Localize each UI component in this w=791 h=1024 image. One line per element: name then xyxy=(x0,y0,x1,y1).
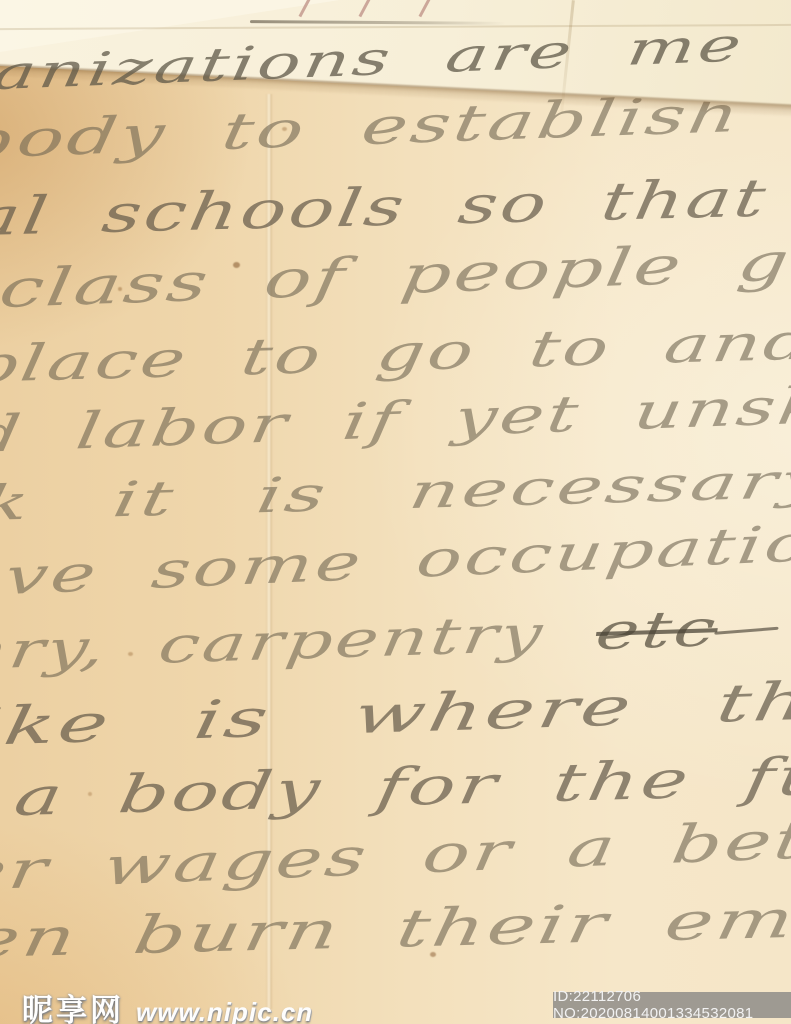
tally-stroke xyxy=(419,0,433,17)
tally-stroke xyxy=(299,0,313,17)
scanned-letter-photo: body to establish al schools so that cla… xyxy=(0,0,791,1024)
crossed-out-word: etc xyxy=(592,599,722,661)
nipic-logo-text: 昵享网 xyxy=(22,985,124,1024)
tally-stroke xyxy=(359,0,373,17)
image-id-badge: ID:22112706 NO:20200814001334532081 xyxy=(553,992,791,1018)
nipic-url-text: www.nipic.cn xyxy=(136,997,313,1024)
nipic-watermark: 昵享网 www.nipic.cn xyxy=(22,985,313,1024)
red-pencil-tally-marks xyxy=(292,0,472,20)
